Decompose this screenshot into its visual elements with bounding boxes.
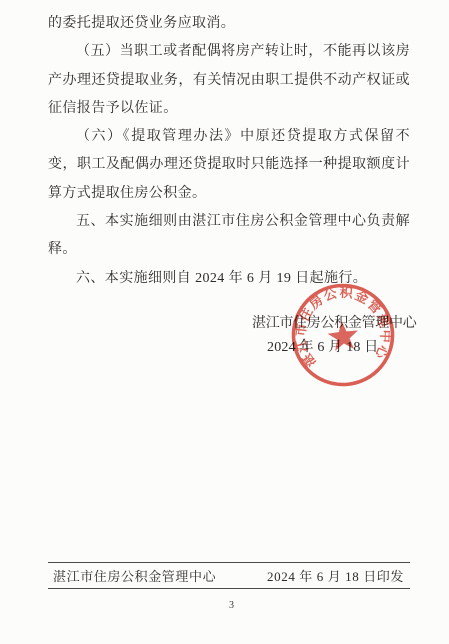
document-page: 的委托提取还贷业务应取消。 （五）当职工或者配偶将房产转让时，不能再以该房产办理… [0,0,449,644]
seal-star-icon [326,319,359,351]
body-paragraph: 五、本实施细则由湛江市住房公积金管理中心负责解释。 [48,208,410,265]
document-body: 的委托提取还贷业务应取消。 （五）当职工或者配偶将房产转让时，不能再以该房产办理… [48,0,410,293]
footer-issuer: 湛江市住房公积金管理中心 [53,566,216,585]
official-seal: 湛江市住房公积金管理中心 [288,280,398,390]
footer: 湛江市住房公积金管理中心 2024 年 6 月 18 日印发 [48,562,410,589]
body-paragraph: 的委托提取还贷业务应取消。 [48,10,410,38]
body-paragraph: （六）《提取管理办法》中原还贷提取方式保留不变，职工及配偶办理还贷提取时只能选择… [48,123,410,208]
footer-print-date: 2024 年 6 月 18 日印发 [267,566,404,585]
page-number: 3 [14,600,449,611]
body-paragraph: （五）当职工或者配偶将房产转让时，不能再以该房产办理还贷提取业务，有关情况由职工… [48,38,410,123]
